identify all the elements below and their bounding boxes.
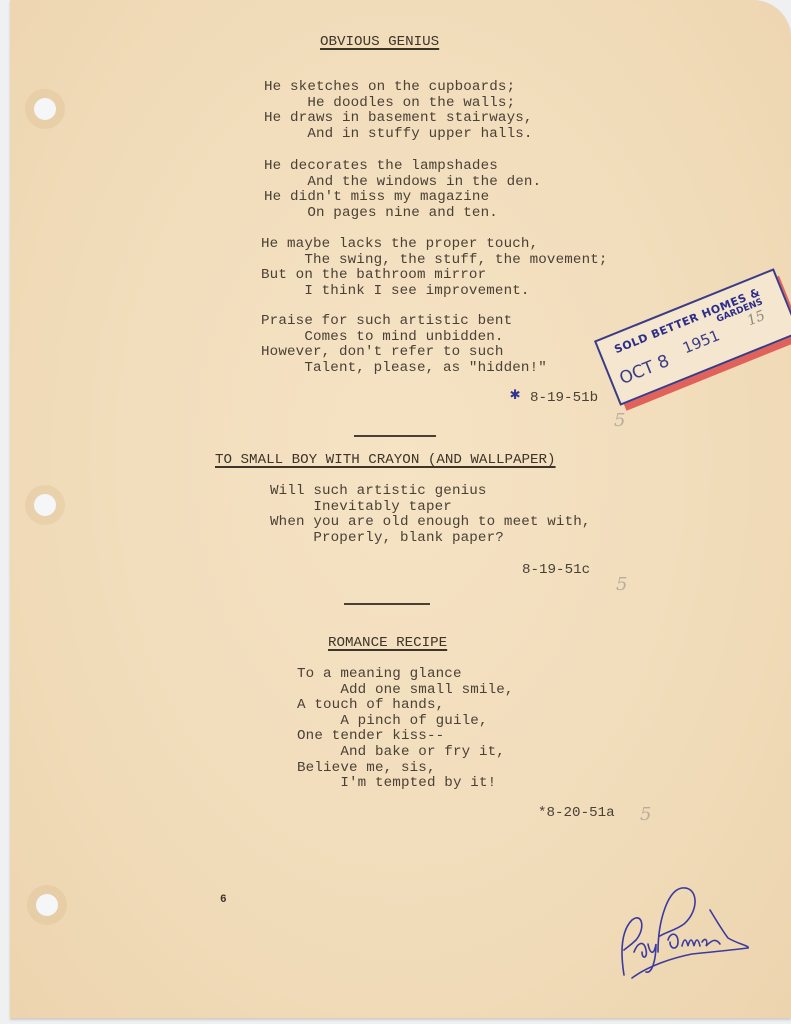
poem-1-stanza-3: He maybe lacks the proper touch, The swi… [261,237,608,299]
binder-hole-bottom [36,894,58,916]
pencil-tally-mark: 5 [640,804,651,825]
poem-title-to-small-boy: TO SMALL BOY WITH CRAYON (AND WALLPAPER) [215,452,556,468]
poem-1-stanza-1: He sketches on the cupboards; He doodles… [264,80,533,142]
binder-hole-middle [34,494,56,516]
section-divider [344,603,430,605]
poem-1-stanza-4: Praise for such artistic bent Comes to m… [261,314,547,376]
poem-2-date: 8-19-51c [522,562,590,578]
signature: Roy Rosmus [602,880,752,980]
sold-stamp: SOLD BETTER HOMES & GARDENS OCT 8 1951 1… [594,268,791,406]
asterisk-ink-mark: ✱ [510,384,520,405]
section-divider [354,435,436,437]
typed-manuscript-page: OBVIOUS GENIUS He sketches on the cupboa… [10,0,791,1018]
pencil-tally-mark: 5 [614,410,625,431]
poem-1-date: 8-19-51b [530,390,598,406]
poem-3-stanza-1: To a meaning glance Add one small smile,… [297,667,514,792]
stamp-year: 1951 [680,326,722,357]
poem-title-obvious-genius: OBVIOUS GENIUS [320,34,439,50]
poem-3-date: *8-20-51a [538,805,615,821]
page-number: 6 [220,894,227,906]
binder-hole-top [34,98,56,120]
poem-1-stanza-2: He decorates the lampshades And the wind… [264,159,541,221]
pencil-tally-mark: 5 [616,574,627,595]
poem-2-stanza-1: Will such artistic genius Inevitably tap… [270,484,591,546]
stamp-date: OCT 8 [617,351,673,389]
poem-title-romance-recipe: ROMANCE RECIPE [328,635,447,651]
